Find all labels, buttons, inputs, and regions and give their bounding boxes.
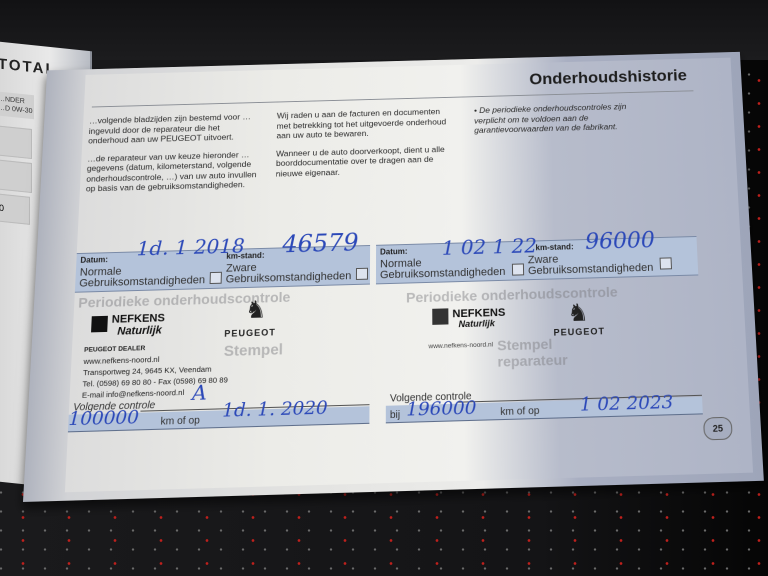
car-seat-top [0,0,768,60]
next-control-2: Volgende controle bij 196000 km of op 1 … [386,380,703,422]
heavy-conditions-label: Zware Gebruiksomstandigheden [226,260,356,285]
peugeot-lion-icon: ♞ [245,295,267,325]
normal-conditions-label: Normale Gebruiksomstandigheden [79,264,210,289]
heavy-conditions-checkbox[interactable] [660,257,672,269]
normal-conditions-checkbox[interactable] [512,263,524,275]
intro-column-3: De periodieke onderhoudscontroles zijn v… [474,101,661,143]
entry-2-form: Datum: 1 02 1 22 km-stand: 96000 Normale… [376,236,698,284]
page-title: Onderhoudshistorie [529,66,687,89]
nefkens-logo-icon [432,308,448,325]
intro-column-1: …volgende bladzijden zijn bestemd voor …… [85,111,261,201]
heavy-conditions-label: Zware Gebruiksomstandigheden [528,252,668,278]
intro-column-2: Wij raden u aan de facturen en documente… [276,106,456,186]
normal-conditions-label: Normale Gebruiksomstandigheden [380,256,510,281]
km-or-label: km of op [500,406,539,418]
bij-label: bij [390,409,400,421]
entry-2-km: 96000 [585,228,656,254]
form-box: 0 [0,193,30,225]
km-label: km-stand: [226,251,264,261]
date-label: Datum: [80,255,108,265]
next-control-km: 196000 [406,397,476,421]
page-number: 25 [703,417,733,441]
next-control-date: 1 02 2023 [580,391,674,415]
next-control-date: 1d. 1. 2020 [222,397,328,422]
intro-paragraph: Wanneer u de auto doorverkoopt, dient u … [276,144,455,179]
intro-paragraph: …de reparateur van uw keuze hieronder …g… [86,149,261,194]
km-label: km-stand: [535,242,573,252]
peugeot-lion-icon: ♞ [567,298,589,328]
dealer-web: www.nefkens-noord.nl [428,339,493,352]
maintenance-booklet: Onderhoudshistorie …volgende bladzijden … [23,52,764,502]
entry-1-km: 46579 [282,229,358,259]
intro-paragraph: …volgende bladzijden zijn bestemd voor …… [88,111,261,145]
stamp-watermark: Stempel reparateur [497,334,609,370]
booklet-page: Onderhoudshistorie …volgende bladzijden … [65,58,753,493]
next-control-km: 100000 [68,407,139,431]
form-box [0,125,32,159]
next-control-initial: A [192,380,207,405]
dealer-stamp: PEUGEOT DEALER www.nefkens-noord.nl Tran… [82,339,287,401]
normal-conditions-checkbox[interactable] [210,272,222,284]
oil-label: …NDER …D 0W-30 [0,91,34,119]
form-box [0,159,32,193]
date-label: Datum: [380,247,408,257]
heavy-conditions-checkbox[interactable] [356,268,368,280]
km-or-label: km of op [160,415,200,428]
dealer-sub: Naturlijk [117,324,162,337]
next-control-1: Volgende controle A 100000 km of op 1d. … [68,390,370,432]
nefkens-logo-icon [91,316,108,333]
entry-1-form: Datum: 1d. 1 2018 km-stand: 46579 Normal… [75,245,370,293]
peugeot-brand: PEUGEOT [224,327,276,339]
dealer-sub: Naturlijk [459,318,495,329]
warranty-note: De periodieke onderhoudscontroles zijn v… [474,101,660,136]
intro-paragraph: Wij raden u aan de facturen en documente… [276,106,454,141]
